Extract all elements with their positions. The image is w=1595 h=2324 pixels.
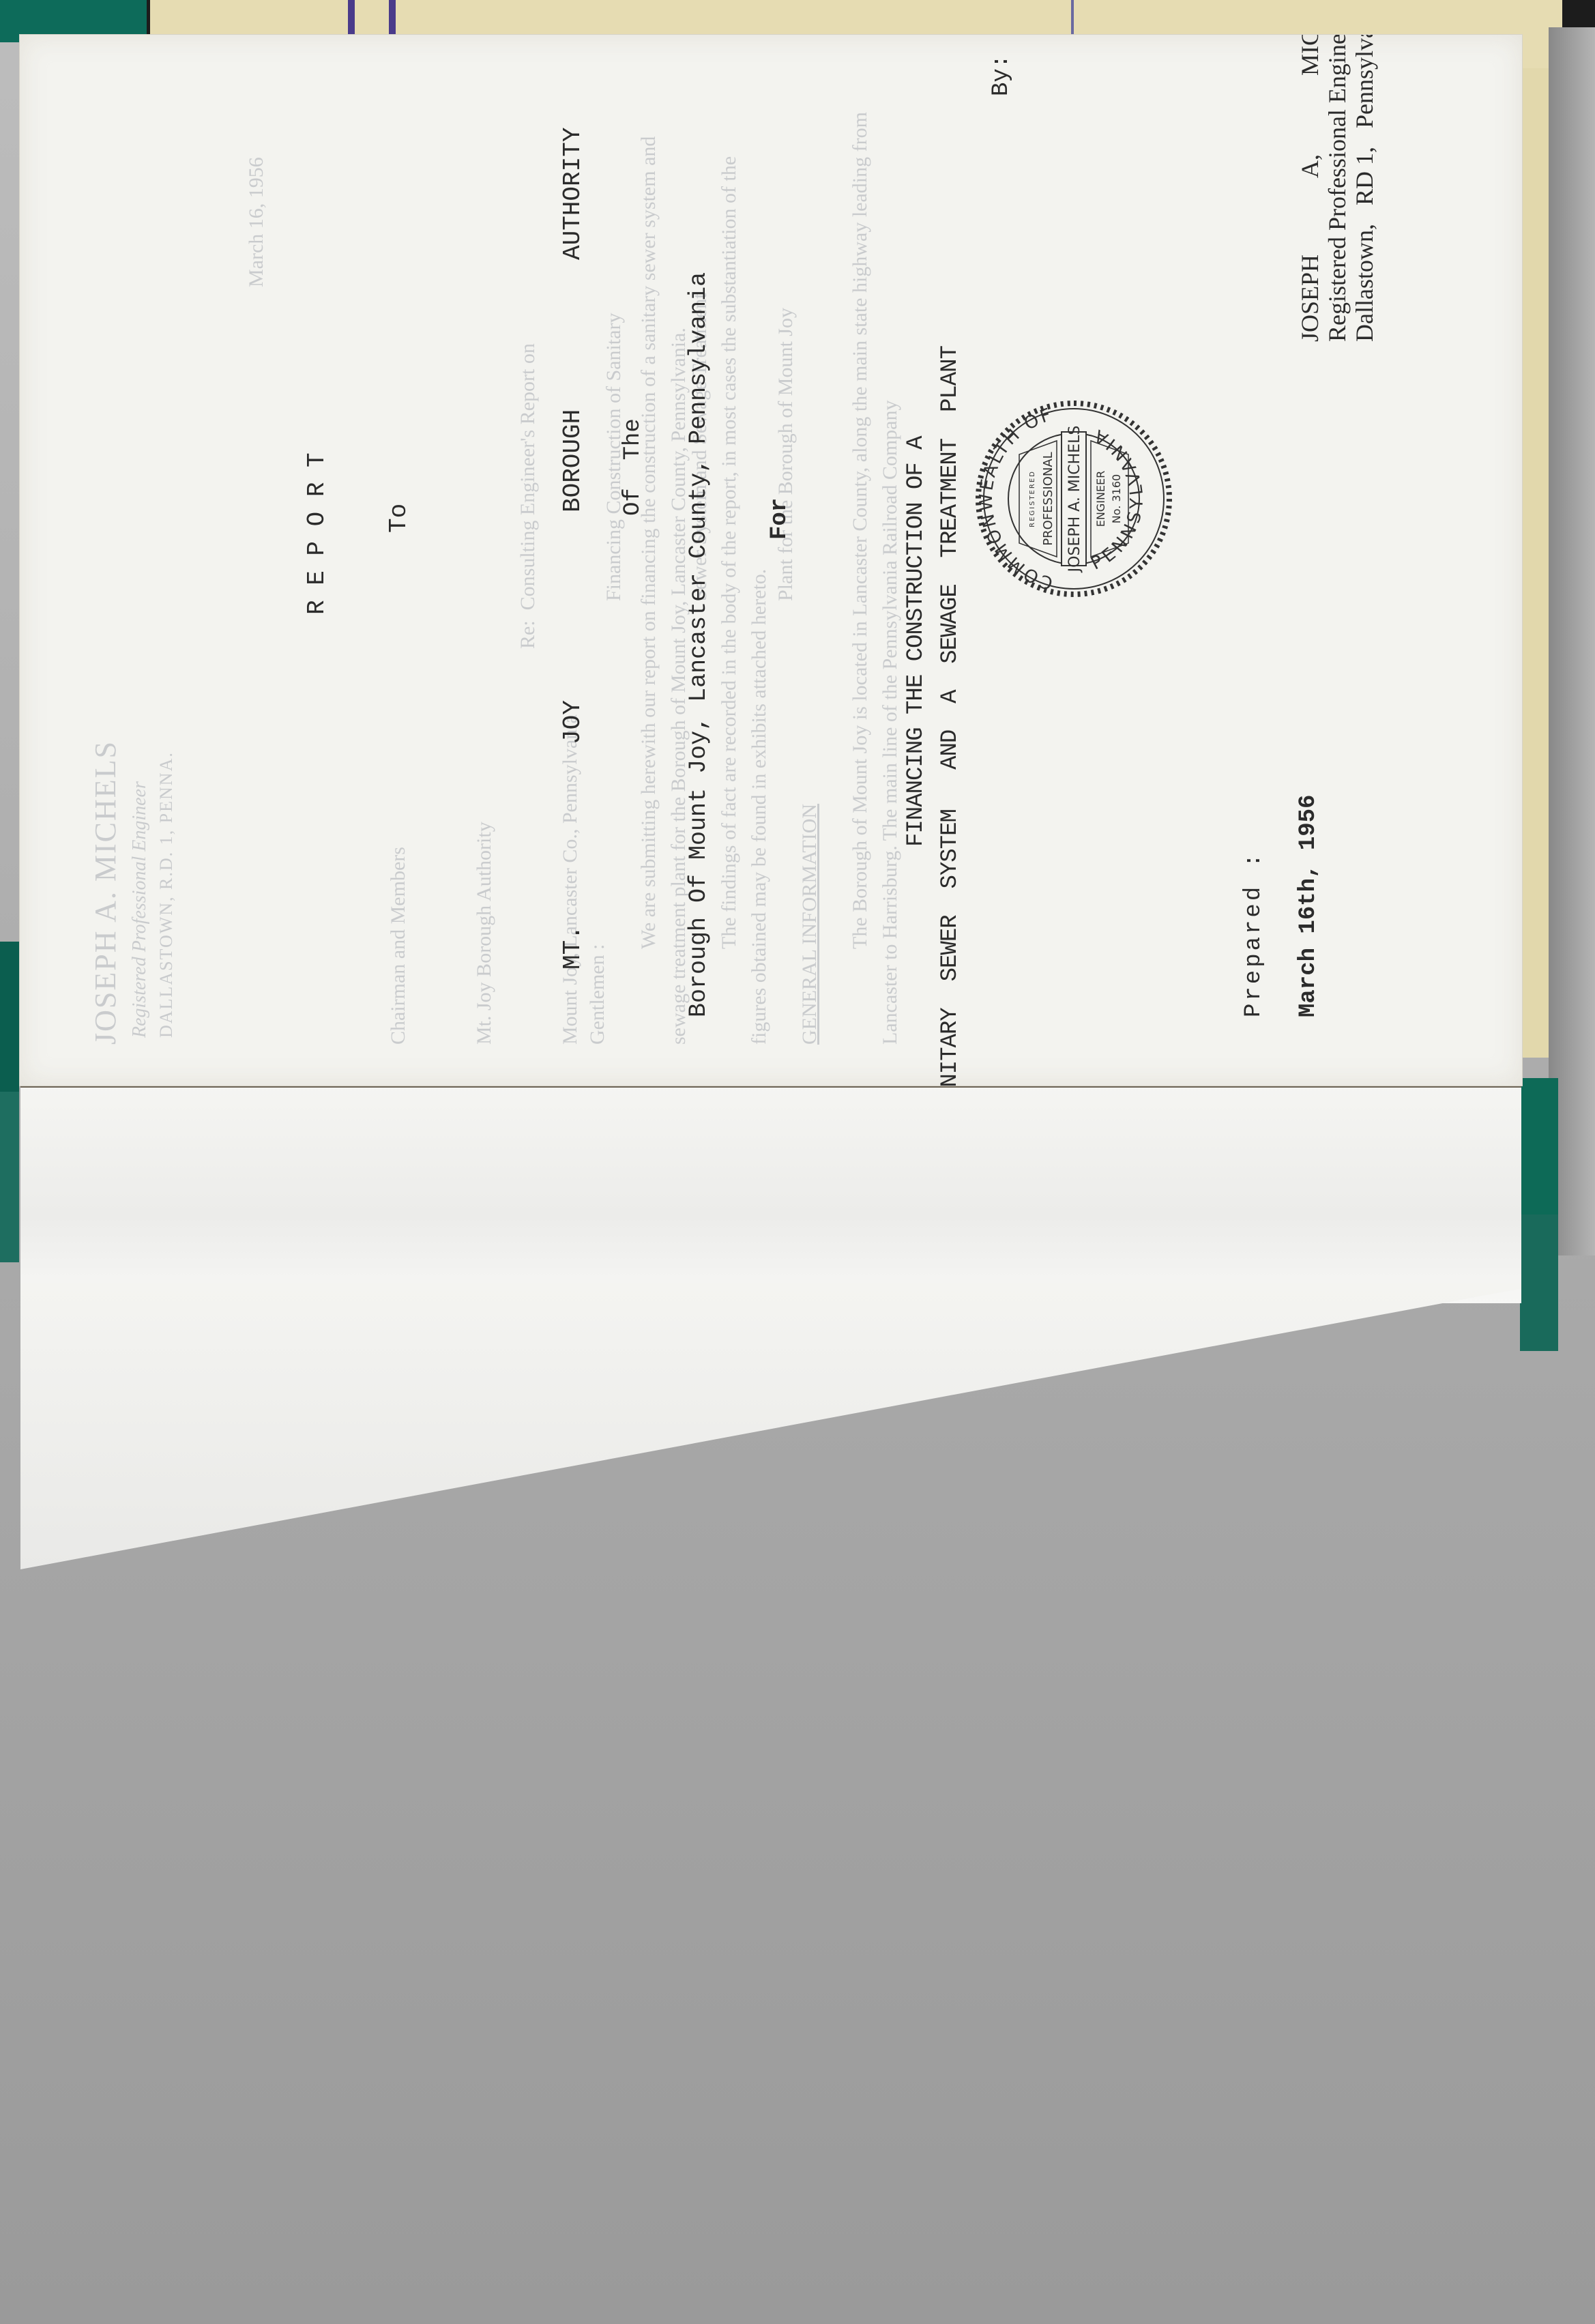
location-line: Borough Of Mount Joy, Lancaster County, … [685, 272, 712, 1017]
by-label: By: [989, 55, 1014, 96]
folded-page-flap-shadow [20, 1283, 1521, 1569]
document-page: JOSEPH A. MICHELS Registered Professiona… [19, 34, 1523, 1086]
org-word-joy: JOY [559, 700, 587, 744]
author-first-name: JOSEPH [1296, 255, 1324, 342]
svg-text:PROFESSIONAL: PROFESSIONAL [1041, 452, 1055, 545]
binder-spine-right [1520, 1078, 1558, 1215]
show-through-letterhead-name: JOSEPH A. MICHELS [88, 740, 123, 1045]
svg-text:ENGINEER: ENGINEER [1094, 471, 1107, 527]
subject-line-2: ANITARY SEWER SYSTEM AND A SEWAGE TREATM… [937, 346, 963, 1086]
page-content-rotated: JOSEPH A. MICHELS Registered Professiona… [20, 35, 1522, 1086]
svg-text:REGISTERED: REGISTERED [1029, 470, 1036, 527]
subject-line-1: FINANCING THE CONSTRUCTION OF A [903, 436, 929, 847]
of-the-label: Of The [620, 418, 646, 516]
show-through-letterhead-address: DALLASTOWN, R.D. 1, PENNA. [156, 751, 177, 1038]
author-last-name: MICHELS [1296, 34, 1324, 76]
org-word-mt: MT. [559, 925, 587, 970]
folded-page-flap [20, 1085, 1521, 1303]
show-through-date: March 16, 1956 [245, 157, 268, 287]
binder-spine-left-lower [0, 1092, 19, 1262]
prepared-date: March 16th, 1956 [1296, 795, 1321, 1017]
author-address: Dallastown, RD 1, Pennsylvania [1350, 34, 1379, 342]
author-middle-initial: A, [1296, 154, 1324, 178]
org-word-borough: BOROUGH [559, 409, 587, 512]
prepared-label: Prepared : [1241, 851, 1267, 1017]
engineer-seal: COMMONWEALTH OF PENNSYLVANIA REGISTERED … [971, 390, 1176, 608]
scanner-side-shadow [1549, 27, 1595, 1255]
to-label: To [385, 504, 413, 533]
show-through-greeting: Gentlemen : [586, 944, 609, 1045]
org-word-authority: AUTHORITY [559, 128, 587, 260]
report-heading: R E P O R T [303, 452, 331, 615]
author-title: Registered Professional Engineer [1323, 34, 1351, 342]
svg-text:No. 3160: No. 3160 [1110, 474, 1123, 523]
show-through-letterhead-title: Registered Professional Engineer [129, 781, 151, 1038]
for-label: For [767, 498, 793, 540]
show-through-body: We are submitting herewith our report on… [634, 103, 905, 1045]
svg-text:JOSEPH A. MICHELS: JOSEPH A. MICHELS [1066, 426, 1083, 574]
